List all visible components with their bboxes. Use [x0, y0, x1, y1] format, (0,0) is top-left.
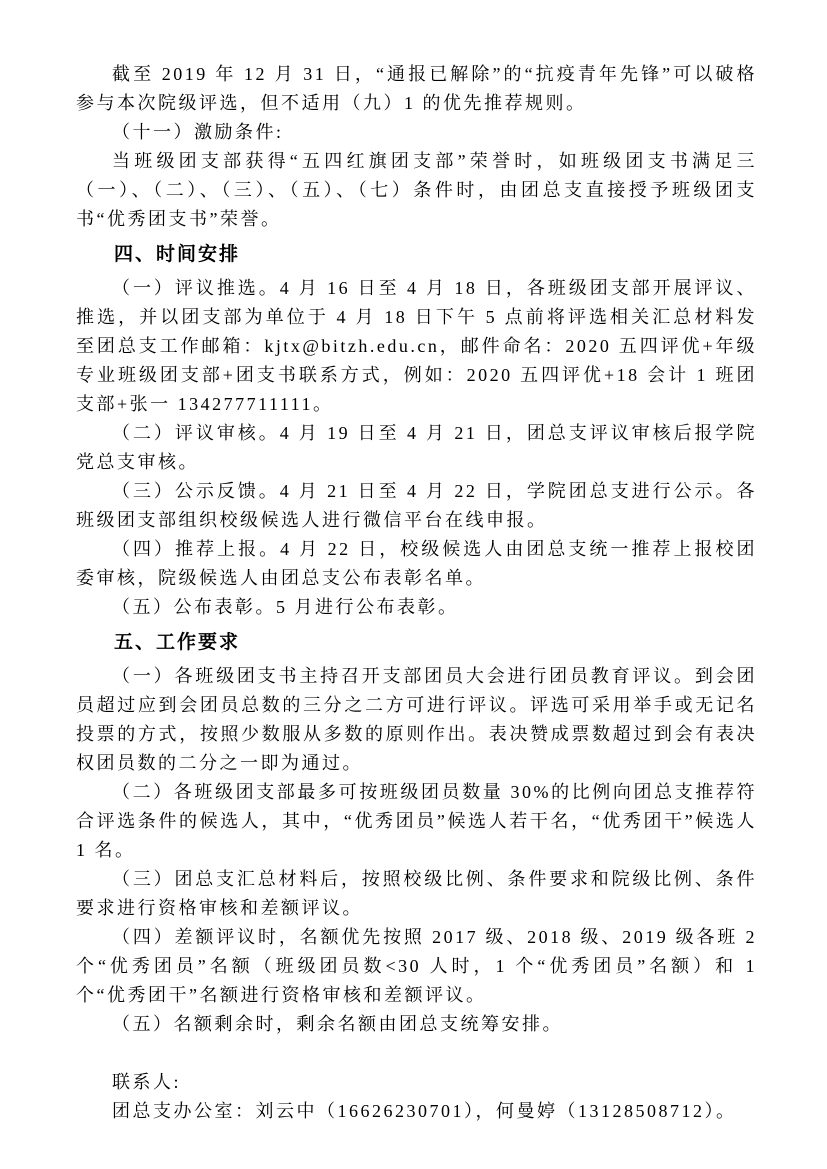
paragraph-incentive-detail: 当班级团支部获得“五四红旗团支部”荣誉时，如班级团支书满足三（一）、（二）、（三… — [76, 147, 757, 234]
paragraph-requirement-5: （五）名额剩余时，剩余名额由团总支统筹安排。 — [76, 1010, 757, 1039]
paragraph-schedule-announce: （五）公布表彰。5 月进行公布表彰。 — [76, 593, 757, 622]
paragraph-schedule-review-audit: （二）评议审核。4 月 19 日至 4 月 21 日，团总支评议审核后报学院党总… — [76, 419, 757, 477]
paragraph-schedule-report-up: （四）推荐上报。4 月 22 日，校级候选人由团总支统一推荐上报校团委审核，院级… — [76, 535, 757, 593]
paragraph-schedule-review-recommend: （一）评议推选。4 月 16 日至 4 月 18 日，各班级团支部开展评议、推选… — [76, 274, 757, 419]
paragraph-incentive-label: （十一）激励条件: — [76, 118, 757, 147]
paragraph-requirement-2: （二）各班级团支部最多可按班级团员数量 30%的比例向团总支推荐符合评选条件的候… — [76, 778, 757, 865]
document-page: 截至 2019 年 12 月 31 日，“通报已解除”的“抗疫青年先锋”可以破格… — [0, 0, 827, 1169]
paragraph-schedule-publicity: （三）公示反馈。4 月 21 日至 4 月 22 日，学院团总支进行公示。各班级… — [76, 477, 757, 535]
paragraph-contact-label: 联系人: — [76, 1068, 757, 1097]
heading-work-requirements: 五、工作要求 — [76, 628, 757, 657]
heading-time-schedule: 四、时间安排 — [76, 240, 757, 269]
paragraph-requirement-4: （四）差额评议时，名额优先按照 2017 级、2018 级、2019 级各班 2… — [76, 923, 757, 1010]
paragraph-requirement-1: （一）各班级团支书主持召开支部团员大会进行团员教育评议。到会团员超过应到会团员总… — [76, 662, 757, 778]
paragraph-contact-detail: 团总支办公室：刘云中（16626230701），何曼婷（13128508712）… — [76, 1097, 757, 1126]
paragraph-requirement-3: （三）团总支汇总材料后，按照校级比例、条件要求和院级比例、条件要求进行资格审核和… — [76, 865, 757, 923]
paragraph-deadline-note: 截至 2019 年 12 月 31 日，“通报已解除”的“抗疫青年先锋”可以破格… — [76, 60, 757, 118]
